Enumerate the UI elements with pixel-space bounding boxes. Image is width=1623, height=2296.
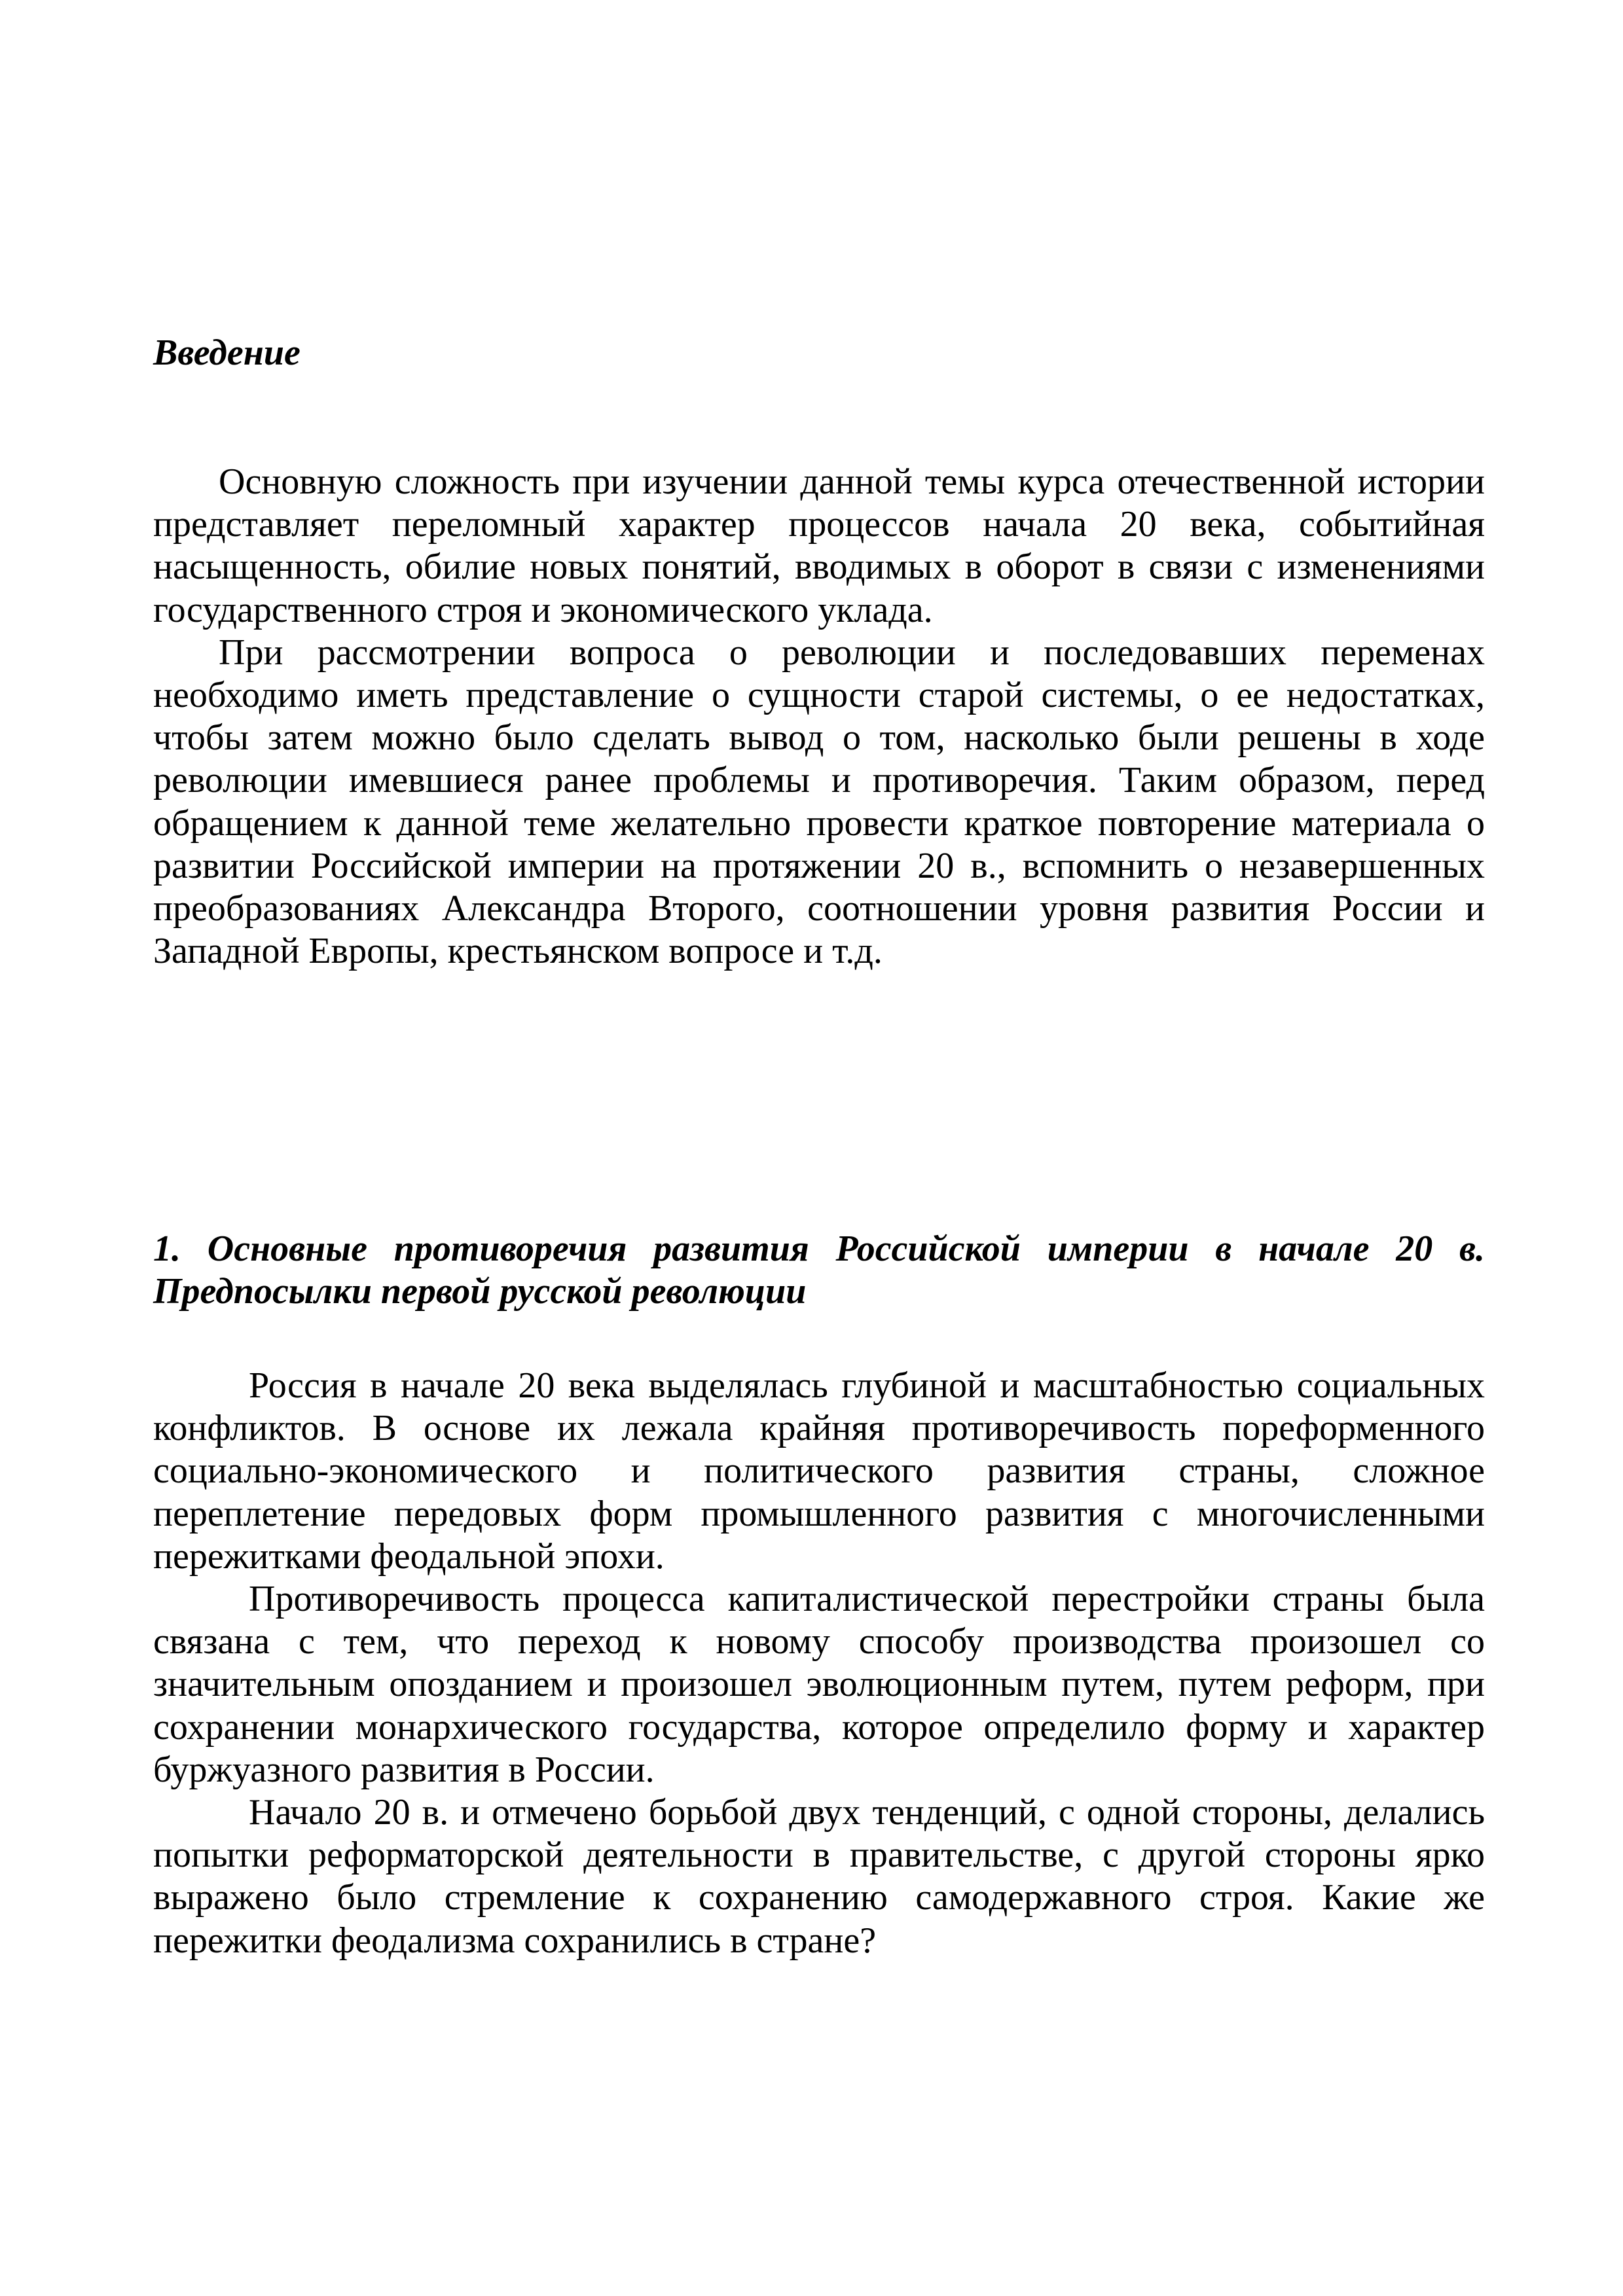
intro-heading: Введение xyxy=(153,332,1485,374)
section-1-paragraph-1: Россия в начале 20 века выделялась глуби… xyxy=(153,1365,1485,1578)
section-1-paragraph-3: Начало 20 в. и отмечено борьбой двух тен… xyxy=(153,1791,1485,1962)
section-1-heading-line-1: 1. Основные противоречия развития Россий… xyxy=(153,1228,1485,1270)
section-1-heading: 1. Основные противоречия развития Россий… xyxy=(153,1228,1485,1313)
intro-paragraph-2: При рассмотрении вопроса о революции и п… xyxy=(153,632,1485,973)
intro-body: Основную сложность при изучении данной т… xyxy=(153,461,1485,973)
section-1-heading-line-2: Предпосылки первой русской революции xyxy=(153,1270,1485,1313)
intro-paragraph-1: Основную сложность при изучении данной т… xyxy=(153,461,1485,632)
section-1-paragraph-2: Противоречивость процесса капиталистичес… xyxy=(153,1578,1485,1791)
section-1-body: Россия в начале 20 века выделялась глуби… xyxy=(153,1365,1485,1962)
